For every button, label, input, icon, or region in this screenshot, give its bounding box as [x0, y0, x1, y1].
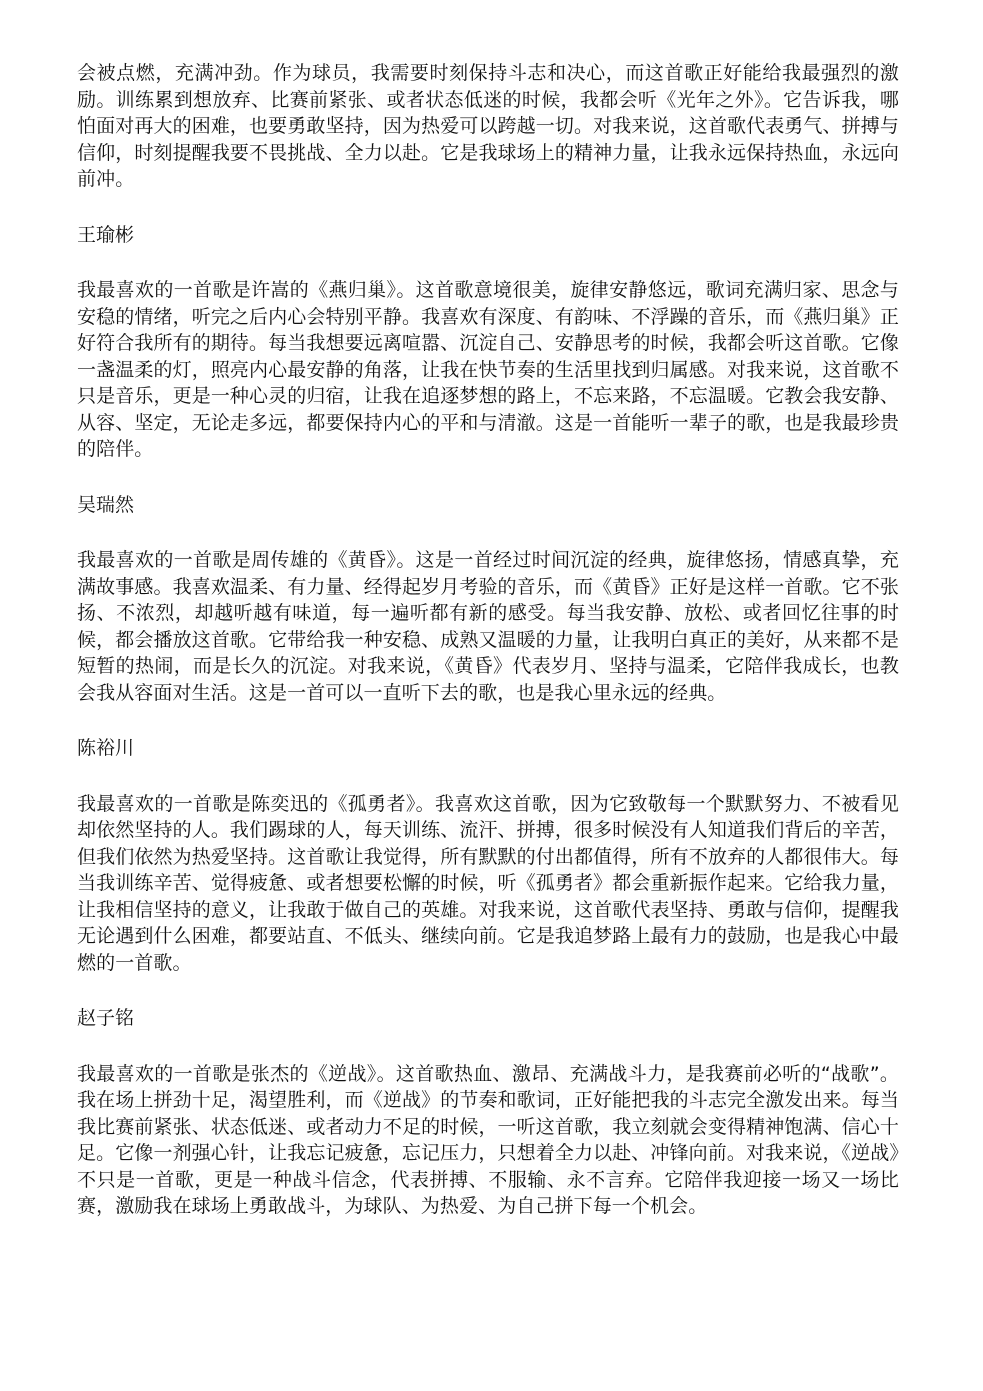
paragraph-body: 我最喜欢的一首歌是许嵩的《燕归巢》。这首歌意境很美，旋律安静悠远，歌词充满归家、…: [77, 277, 899, 463]
author-name: 赵子铭: [77, 1005, 899, 1032]
paragraph-body: 我最喜欢的一首歌是张杰的《逆战》。这首歌热血、激昂、充满战斗力，是我赛前必听的“…: [77, 1061, 899, 1220]
document-page: 会被点燃，充满冲劲。作为球员，我需要时刻保持斗志和决心，而这首歌正好能给我最强烈…: [77, 60, 899, 1249]
paragraph-intro-continuation: 会被点燃，充满冲劲。作为球员，我需要时刻保持斗志和决心，而这首歌正好能给我最强烈…: [77, 60, 899, 193]
author-name: 陈裕川: [77, 735, 899, 762]
author-name: 王瑜彬: [77, 222, 899, 249]
paragraph-body: 我最喜欢的一首歌是陈奕迅的《孤勇者》。我喜欢这首歌，因为它致敬每一个默默努力、不…: [77, 791, 899, 977]
author-name: 吴瑞然: [77, 492, 899, 519]
paragraph-body: 我最喜欢的一首歌是周传雄的《黄昏》。这是一首经过时间沉淀的经典，旋律悠扬，情感真…: [77, 547, 899, 706]
